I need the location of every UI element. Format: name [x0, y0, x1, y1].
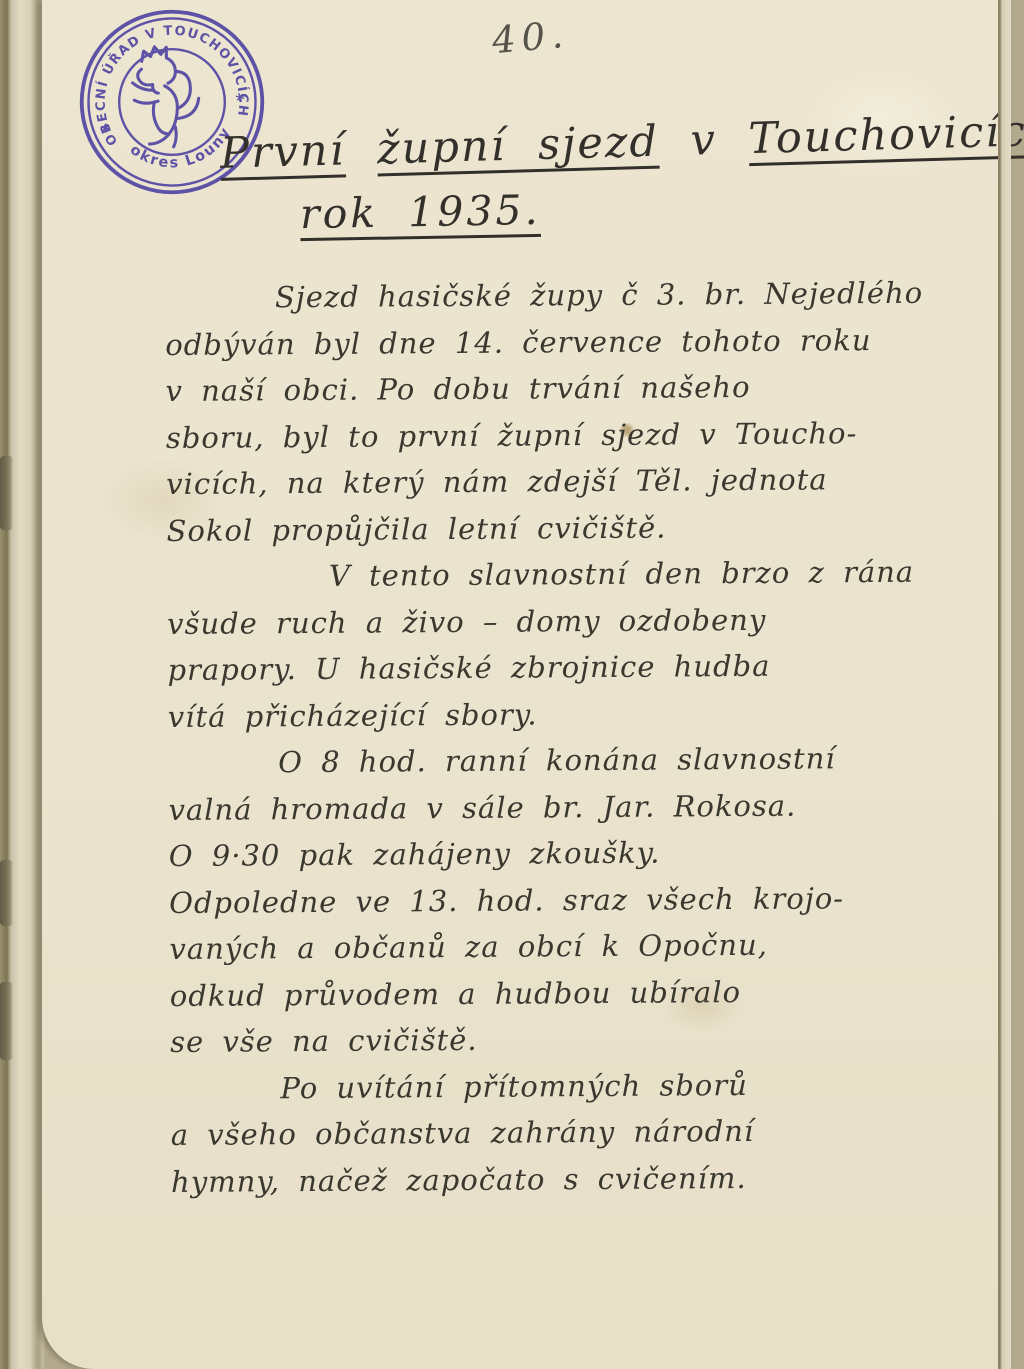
- manuscript-page: OBECNÍ ÚŘAD V TOUCHOVICÍCH okres Louny *…: [42, 0, 1011, 1369]
- manuscript-line: O 9·30 pak zahájeny zkoušky.: [169, 827, 1024, 880]
- page-number: 40.: [490, 13, 570, 63]
- czech-lion-icon: [124, 40, 207, 153]
- municipal-stamp: OBECNÍ ÚŘAD V TOUCHOVICÍCH okres Louny *…: [58, 0, 286, 216]
- book-page-stack-edge: [0, 0, 46, 1369]
- title-segment: rok 1935.: [300, 186, 541, 238]
- manuscript-line: prapory. U hasičské zbrojnice hudba: [167, 641, 1024, 694]
- manuscript-line: sboru, byl to první župní sjezd v Toucho…: [166, 409, 1024, 462]
- title-segment: První: [219, 125, 346, 178]
- manuscript-line: hymny, načež započato s cvičením.: [171, 1152, 1024, 1205]
- manuscript-line: v naší obci. Po dobu trvání našeho: [165, 362, 1024, 415]
- manuscript-line: vaných a občanů za obcí k Opočnu,: [169, 920, 1024, 973]
- document-title-line-2: rok 1935.: [300, 186, 541, 238]
- manuscript-line: odbýván byl dne 14. července tohoto roku: [165, 316, 1024, 369]
- manuscript-line: všude ruch a živo – domy ozdobeny: [167, 595, 1024, 648]
- manuscript-photo: { "page": { "number": "40.", "title": { …: [0, 0, 1024, 1369]
- manuscript-line: V tento slavnostní den brzo z rána: [167, 548, 1024, 601]
- manuscript-line: se vše na cvičiště.: [170, 1013, 1024, 1066]
- document-title-line-1: První župní sjezd v Touchovicích,: [219, 107, 1000, 179]
- binding-mark: [0, 982, 13, 1060]
- title-segment: župní sjezd: [376, 117, 659, 175]
- manuscript-line: Sjezd hasičské župy č 3. br. Nejedlého: [165, 269, 1024, 322]
- manuscript-line: vicích, na který nám zdejší Těl. jednota: [166, 455, 1024, 508]
- manuscript-line: Po uvítání přítomných sborů: [170, 1059, 1024, 1112]
- page-right-edge: [998, 0, 1011, 1369]
- binding-mark: [0, 456, 13, 530]
- manuscript-line: O 8 hod. ranní konána slavnostní: [168, 734, 1024, 787]
- title-segment: Touchovicích,: [748, 105, 1024, 164]
- manuscript-line: odkud průvodem a hudbou ubíralo: [170, 966, 1024, 1019]
- manuscript-line: Odpoledne ve 13. hod. sraz všech krojo-: [169, 873, 1024, 926]
- manuscript-body: Sjezd hasičské župy č 3. br. Nejedlého o…: [165, 269, 1024, 1205]
- title-segment: v: [690, 115, 718, 166]
- manuscript-line: vítá přicházející sbory.: [168, 687, 1024, 740]
- manuscript-line: valná hromada v sále br. Jar. Rokosa.: [168, 780, 1024, 833]
- binding-mark: [0, 860, 13, 926]
- manuscript-line: a všeho občanstva zahrány národní: [171, 1106, 1024, 1159]
- manuscript-line: Sokol propůjčila letní cvičiště.: [166, 502, 1024, 555]
